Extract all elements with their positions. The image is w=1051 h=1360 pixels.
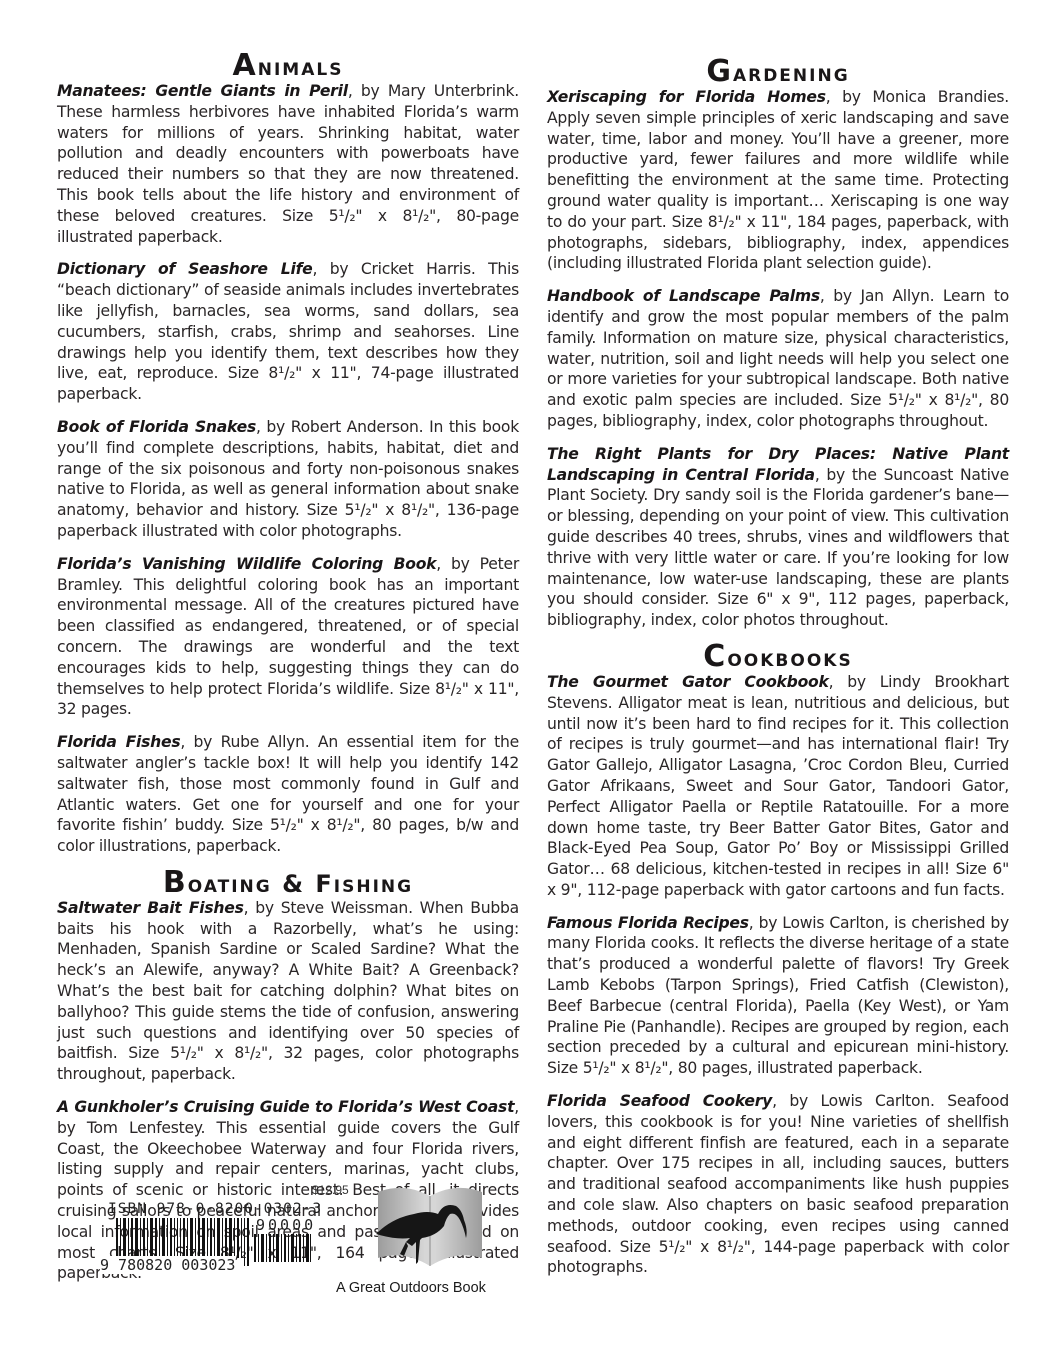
book-entry: The Right Plants for Dry Places: Native … [547, 444, 1009, 631]
book-title: Dictionary of Seashore Life [57, 260, 312, 278]
book-entry: Florida Fishes, by Rube Allyn. An essent… [57, 732, 519, 857]
book-entry: Handbook of Landscape Palms, by Jan Ally… [547, 286, 1009, 432]
book-title: The Gourmet Gator Cookbook [547, 673, 829, 691]
section-heading-boating-fishing: Boating & Fishing [57, 869, 519, 898]
section-heading-cookbooks: Cookbooks [547, 643, 1009, 672]
right-column: Gardening Xeriscaping for Florida Homes,… [547, 52, 1009, 1290]
addon-digits: 90000 [256, 1216, 316, 1234]
publisher-tagline: A Great Outdoors Book [336, 1280, 486, 1296]
left-column: Animals Manatees: Gentle Giants in Peril… [57, 52, 519, 1296]
book-entry: The Gourmet Gator Cookbook, by Lindy Bro… [547, 672, 1009, 901]
book-title: Manatees: Gentle Giants in Peril [57, 82, 348, 100]
book-entry: Florida Seafood Cookery, by Lowis Carlto… [547, 1091, 1009, 1278]
back-cover-footer: $12.95 ISBN 978-0-8200-0302-3 9 780820 0… [100, 1180, 540, 1320]
book-title: Xeriscaping for Florida Homes [547, 88, 826, 106]
book-title: Famous Florida Recipes [547, 914, 749, 932]
book-title: Saltwater Bait Fishes [57, 899, 244, 917]
book-title: Florida Fishes [57, 733, 180, 751]
book-title: Handbook of Landscape Palms [547, 287, 820, 305]
book-entry: Dictionary of Seashore Life, by Cricket … [57, 259, 519, 405]
book-entry: Manatees: Gentle Giants in Peril, by Mar… [57, 81, 519, 247]
ibis-on-open-book-icon [370, 1180, 490, 1280]
book-entry: Xeriscaping for Florida Homes, by Monica… [547, 87, 1009, 274]
book-entry: Florida’s Vanishing Wildlife Coloring Bo… [57, 554, 519, 720]
book-title: Florida’s Vanishing Wildlife Coloring Bo… [57, 555, 436, 573]
book-title: Florida Seafood Cookery [547, 1092, 772, 1110]
book-title: A Gunkholer’s Cruising Guide to Florida’… [57, 1098, 514, 1116]
barcode-digits: 9 780820 003023 [100, 1256, 235, 1274]
section-heading-gardening: Gardening [547, 58, 1009, 87]
isbn-label: ISBN 978-0-8200-0302-3 [108, 1201, 322, 1217]
book-entry: Famous Florida Recipes, by Lowis Carlton… [547, 913, 1009, 1079]
book-title: Book of Florida Snakes [57, 418, 256, 436]
book-entry: Saltwater Bait Fishes, by Steve Weissman… [57, 898, 519, 1085]
section-heading-animals: Animals [57, 52, 519, 81]
price-label: $12.95 [312, 1183, 349, 1197]
book-entry: Book of Florida Snakes, by Robert Anders… [57, 417, 519, 542]
addon-barcode-icon [254, 1234, 312, 1262]
